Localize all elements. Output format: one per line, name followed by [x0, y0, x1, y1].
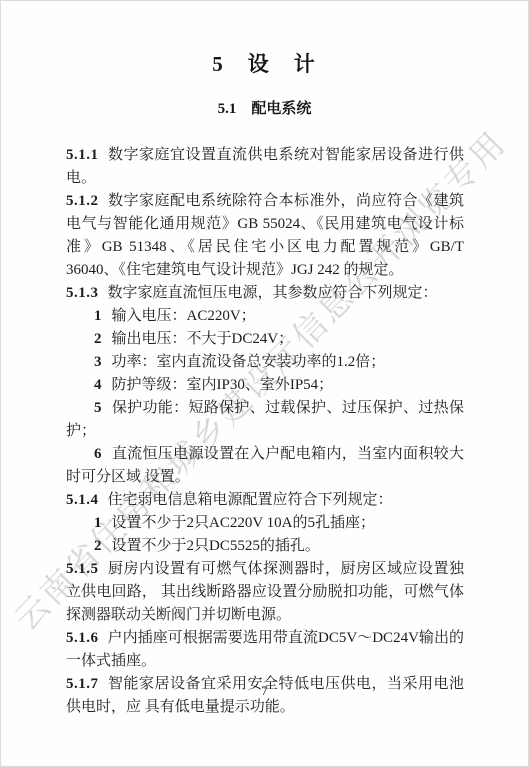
item-number: 2	[94, 331, 102, 347]
item-number: 2	[94, 538, 102, 554]
clause-text: 数字家庭配电系统除符合本标准外，尚应符合《建筑电气与智能化通用规范》GB 550…	[66, 193, 464, 278]
clause-5-1-4-item-1: 1设置不少于2只AC220V 10A的5孔插座；	[66, 512, 464, 535]
item-text: 输出电压：不大于DC24V；	[112, 331, 294, 347]
clause-number: 5.1.2	[66, 193, 99, 209]
clause-text: 厨房内设置有可燃气体探测器时，厨房区域应设置独立供电回路， 其出线断路器应设置分…	[66, 561, 464, 623]
clause-5-1-3-item-2: 2输出电压：不大于DC24V；	[66, 328, 464, 351]
clause-5-1-3-item-1: 1输入电压：AC220V；	[66, 305, 464, 328]
item-number: 4	[94, 377, 102, 393]
clause-text: 数字家庭宜设置直流供电系统对智能家居设备进行供电。	[66, 147, 464, 186]
item-number: 1	[94, 515, 102, 531]
clause-number: 5.1.5	[66, 561, 99, 577]
clause-5-1-3-item-5: 5保护功能：短路保护、过载保护、过压保护、过热保护；	[66, 397, 464, 443]
document-page: 云南省住房和城乡建设厅信息公开浏览专用 5 设 计 5.1 配电系统 5.1.1…	[0, 0, 529, 767]
clause-5-1-6: 5.1.6户内插座可根据需要选用带直流DC5V～DC24V输出的一体式插座。	[66, 627, 464, 673]
clause-number: 5.1.1	[66, 147, 99, 163]
clause-number: 5.1.3	[66, 285, 99, 301]
item-text: 功率：室内直流设备总安装功率的1.2倍；	[112, 354, 386, 370]
clause-number: 5.1.6	[66, 630, 99, 646]
item-number: 5	[94, 400, 102, 416]
item-text: 设置不少于2只AC220V 10A的5孔插座；	[112, 515, 375, 531]
item-number: 1	[94, 308, 102, 324]
document-content: 5.1.1数字家庭宜设置直流供电系统对智能家居设备进行供电。 5.1.2数字家庭…	[66, 144, 464, 719]
clause-5-1-4-item-2: 2设置不少于2只DC5525的插孔。	[66, 535, 464, 558]
document-body: 5 设 计 5.1 配电系统 5.1.1数字家庭宜设置直流供电系统对智能家居设备…	[1, 1, 528, 719]
clause-text: 户内插座可根据需要选用带直流DC5V～DC24V输出的一体式插座。	[66, 630, 464, 669]
clause-5-1-3-item-6: 6直流恒压电源设置在入户配电箱内，当室内面积较大时可分区域 设置。	[66, 443, 464, 489]
clause-5-1-1: 5.1.1数字家庭宜设置直流供电系统对智能家居设备进行供电。	[66, 144, 464, 190]
item-text: 设置不少于2只DC5525的插孔。	[112, 538, 320, 554]
clause-5-1-5: 5.1.5厨房内设置有可燃气体探测器时，厨房区域应设置独立供电回路， 其出线断路…	[66, 558, 464, 627]
item-number: 3	[94, 354, 102, 370]
clause-5-1-2: 5.1.2数字家庭配电系统除符合本标准外，尚应符合《建筑电气与智能化通用规范》G…	[66, 190, 464, 282]
chapter-title: 5 设 计	[1, 1, 528, 78]
item-text: 保护功能：短路保护、过载保护、过压保护、过热保护；	[66, 400, 464, 439]
item-text: 防护等级：室内IP30、室外IP54；	[112, 377, 334, 393]
item-text: 直流恒压电源设置在入户配电箱内，当室内面积较大时可分区域 设置。	[66, 446, 464, 485]
section-heading: 5.1 配电系统	[1, 100, 528, 118]
clause-5-1-3-item-3: 3功率：室内直流设备总安装功率的1.2倍；	[66, 351, 464, 374]
clause-5-1-3-item-4: 4防护等级：室内IP30、室外IP54；	[66, 374, 464, 397]
clause-number: 5.1.4	[66, 492, 99, 508]
clause-text: 数字家庭直流恒压电源，其参数应符合下列规定：	[108, 285, 438, 301]
item-number: 6	[94, 446, 102, 462]
clause-5-1-4: 5.1.4住宅弱电信息箱电源配置应符合下列规定：	[66, 489, 464, 512]
item-text: 输入电压：AC220V；	[112, 308, 256, 324]
clause-text: 住宅弱电信息箱电源配置应符合下列规定：	[108, 492, 393, 508]
page-number: 7	[1, 683, 528, 699]
clause-5-1-3: 5.1.3数字家庭直流恒压电源，其参数应符合下列规定：	[66, 282, 464, 305]
